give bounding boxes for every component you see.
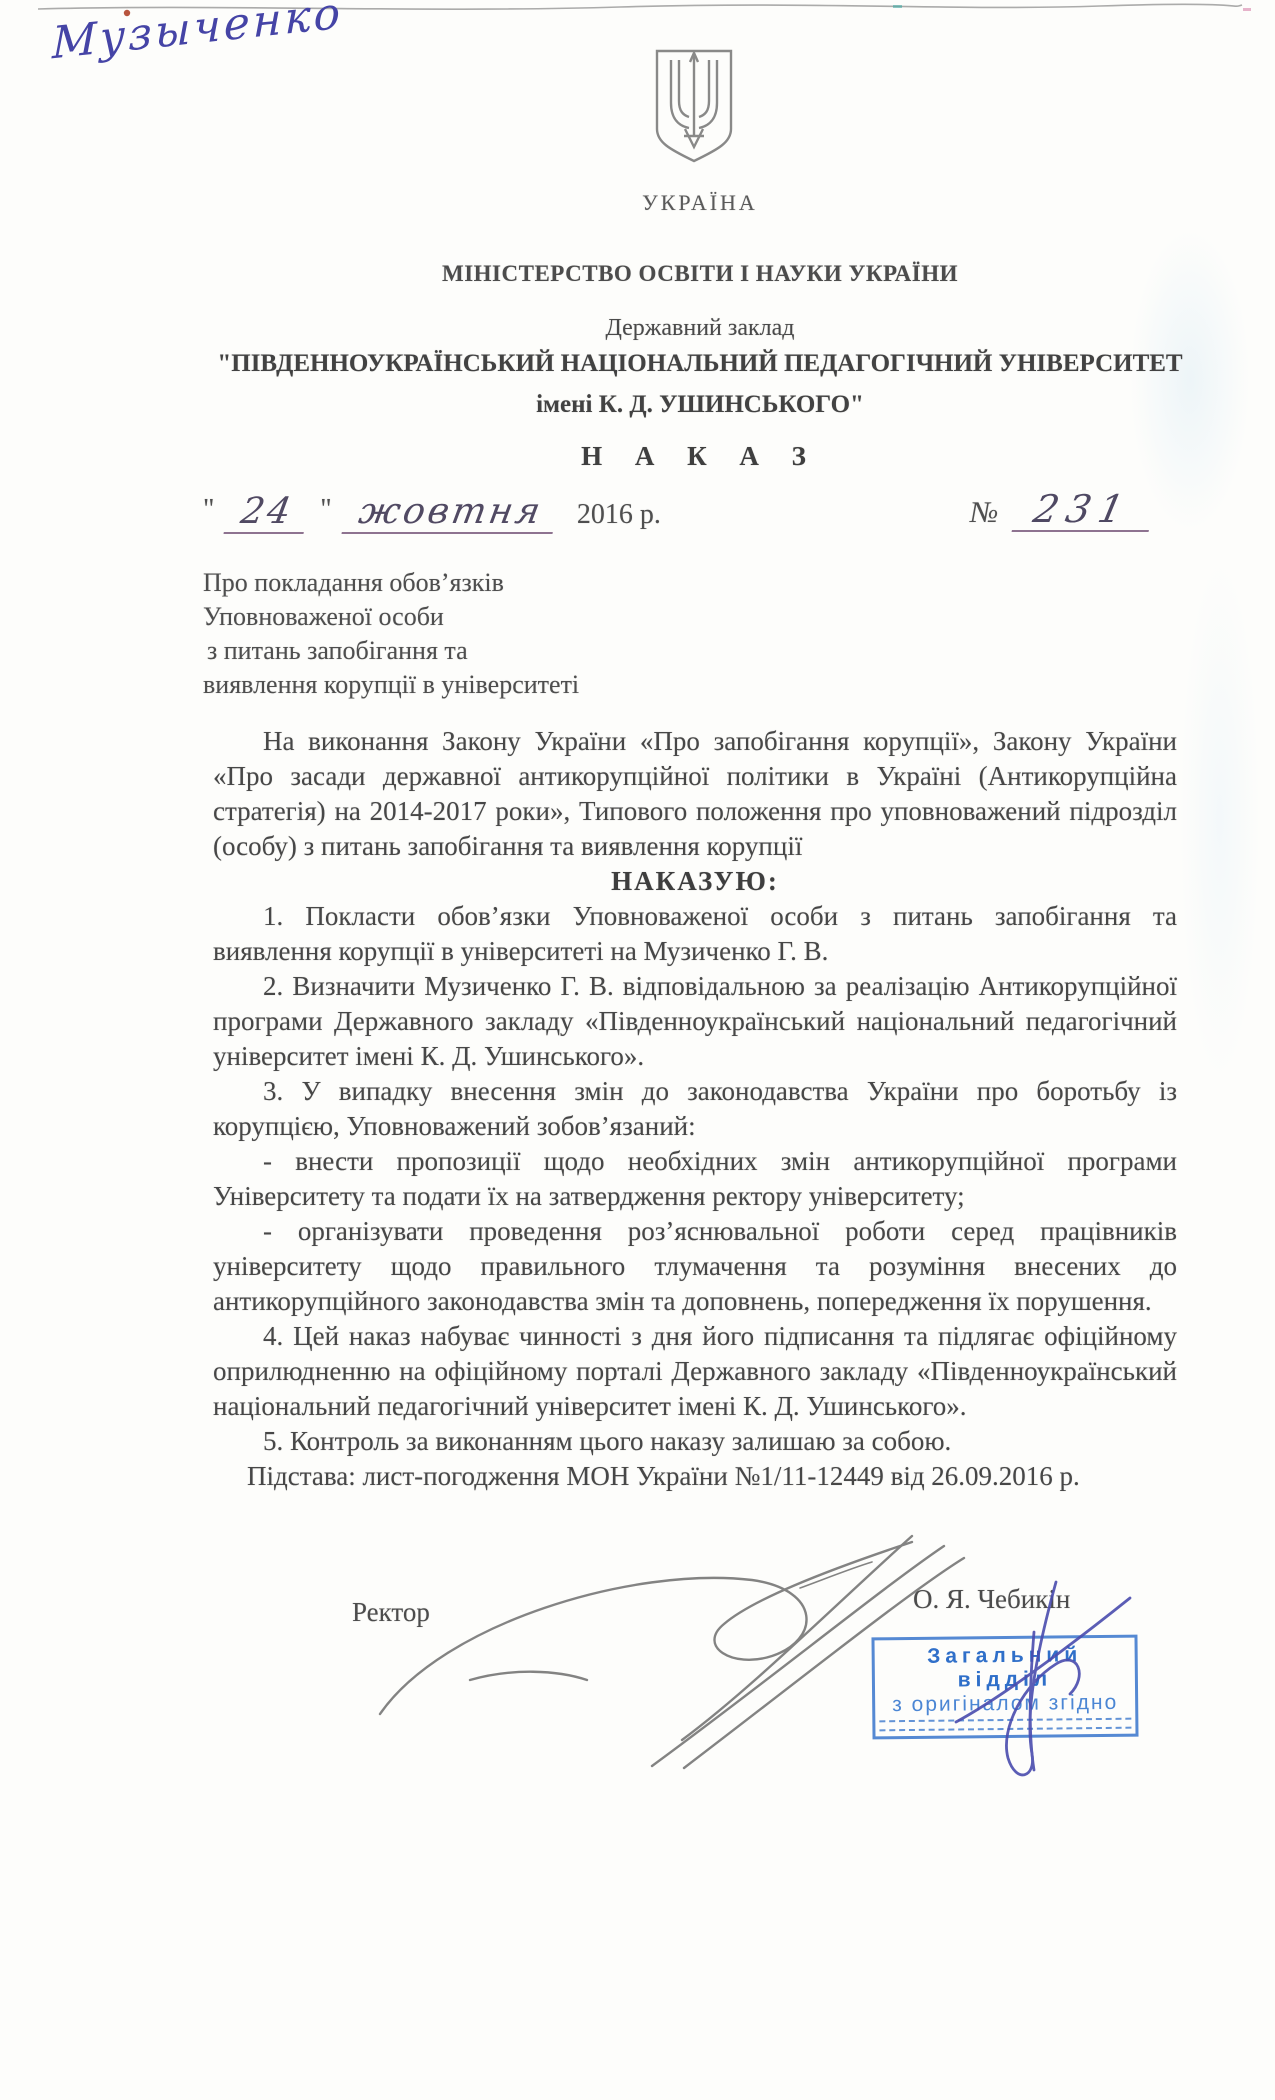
university-name-line1: "ПІВДЕННОУКРАЇНСЬКИЙ НАЦІОНАЛЬНИЙ ПЕДАГО… bbox=[130, 350, 1270, 378]
order-item-3: 3. У випадку внесення змін до законодавс… bbox=[213, 1074, 1177, 1144]
scanned-order-page: Музыченко УКРАЇНА МІНІСТЕРСТВО ОСВІТИ І … bbox=[0, 0, 1275, 2100]
date-year: 2016 р. bbox=[577, 499, 661, 530]
order-number-line: № 231 bbox=[970, 490, 1152, 532]
order-subitem-propose: - внести пропозиції щодо необхідних змін… bbox=[213, 1144, 1177, 1214]
country-title: УКРАЇНА bbox=[130, 190, 1270, 216]
subject-line: Про покладання обов’язків bbox=[203, 566, 673, 600]
order-heading: НАКАЗУЮ: bbox=[213, 864, 1177, 899]
handwritten-day: 24 bbox=[224, 494, 311, 534]
org-type-line: Державний заклад bbox=[130, 315, 1270, 342]
order-body: На виконання Закону України «Про запобіг… bbox=[213, 724, 1177, 1494]
handwritten-month: жовтня bbox=[341, 494, 559, 534]
order-item-2: 2. Визначити Музиченко Г. В. відповідаль… bbox=[213, 969, 1177, 1074]
date-close-quote: " bbox=[320, 494, 331, 525]
date-line: " 24 " жовтня 2016 р. bbox=[203, 494, 661, 534]
subject-line: виявлення корупції в університеті bbox=[203, 668, 673, 702]
university-name-line2: імені К. Д. УШИНСЬКОГО" bbox=[130, 391, 1270, 419]
scan-smudge bbox=[1180, 560, 1260, 1080]
order-item-4: 4. Цей наказ набуває чинності з дня його… bbox=[213, 1319, 1177, 1424]
document-type-title: Н А К А З bbox=[130, 441, 1270, 472]
subject-line: з питань запобігання та bbox=[203, 634, 673, 668]
basis-line: Підстава: лист-погодження МОН України №1… bbox=[213, 1459, 1177, 1494]
intro-paragraph: На виконання Закону України «Про запобіг… bbox=[213, 724, 1177, 864]
clerk-signature-ink bbox=[938, 1572, 1148, 1787]
order-item-1: 1. Покласти обов’язки Уповноваженої особ… bbox=[213, 899, 1177, 969]
ukraine-trident-emblem-icon bbox=[648, 46, 740, 166]
number-sign: № bbox=[970, 496, 998, 529]
subject-block: Про покладання обов’язків Уповноваженої … bbox=[203, 566, 673, 702]
order-item-5: 5. Контроль за виконанням цього наказу з… bbox=[213, 1424, 1177, 1459]
date-open-quote: " bbox=[203, 494, 214, 525]
order-subitem-explain: - організувати проведення роз’яснювально… bbox=[213, 1214, 1177, 1319]
handwritten-order-number: 231 bbox=[1011, 490, 1156, 532]
ministry-title: МІНІСТЕРСТВО ОСВІТИ І НАУКИ УКРАЇНИ bbox=[130, 261, 1270, 287]
subject-line: Уповноваженої особи bbox=[203, 600, 673, 634]
